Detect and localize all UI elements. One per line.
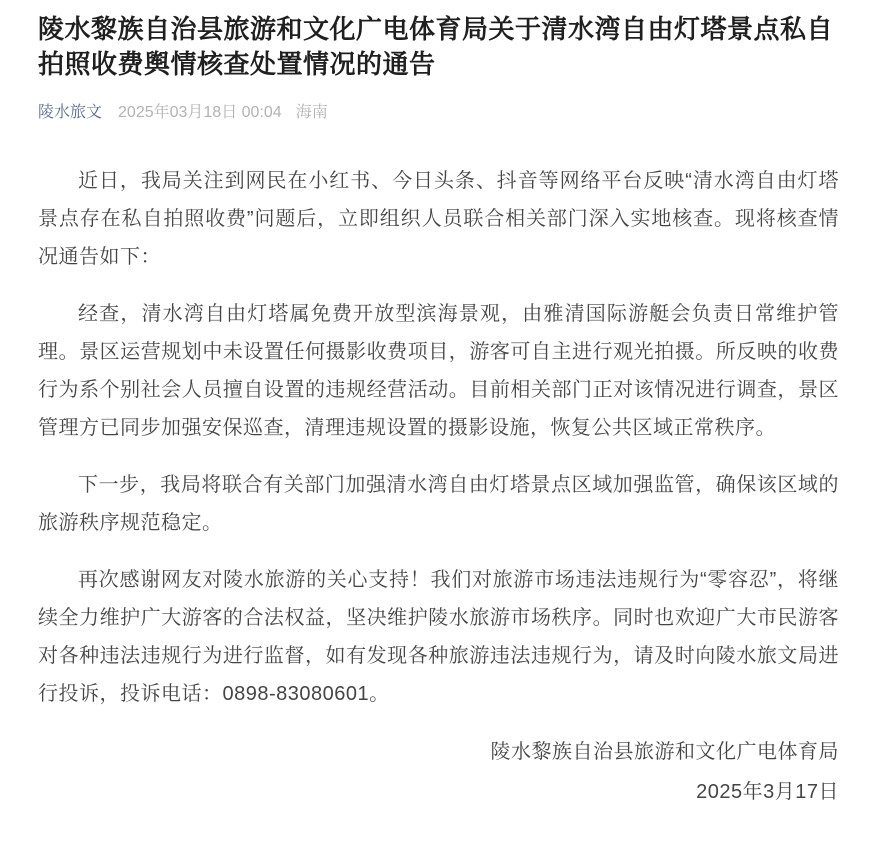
signature-block: 陵水黎族自治县旅游和文化广电体育局 2025年3月17日 [38, 732, 839, 812]
byline: 陵水旅文2025年03月18日 00:04海南 [38, 102, 839, 124]
article-paragraph: 经查，清水湾自由灯塔属免费开放型滨海景观，由雅清国际游艇会负责日常维护管理。景区… [38, 295, 839, 447]
signature-date: 2025年3月17日 [38, 772, 839, 812]
article-paragraph: 近日，我局关注到网民在小红书、今日头条、抖音等网络平台反映“清水湾自由灯塔景点存… [38, 162, 839, 276]
account-name-link[interactable]: 陵水旅文 [38, 104, 102, 121]
publish-datetime: 2025年03月18日 00:04 [118, 104, 282, 121]
article-page: 陵水黎族自治县旅游和文化广电体育局关于清水湾自由灯塔景点私自拍照收费舆情核查处置… [0, 0, 876, 862]
article-paragraph: 再次感谢网友对陵水旅游的关心支持！我们对旅游市场违法违规行为“零容忍”，将继续全… [38, 561, 839, 713]
publish-location: 海南 [296, 104, 328, 121]
article-title: 陵水黎族自治县旅游和文化广电体育局关于清水湾自由灯塔景点私自拍照收费舆情核查处置… [38, 12, 839, 82]
signature-org: 陵水黎族自治县旅游和文化广电体育局 [38, 732, 839, 772]
article-paragraph: 下一步，我局将联合有关部门加强清水湾自由灯塔景点区域加强监管，确保该区域的旅游秩… [38, 466, 839, 542]
article-body: 近日，我局关注到网民在小红书、今日头条、抖音等网络平台反映“清水湾自由灯塔景点存… [38, 162, 839, 713]
